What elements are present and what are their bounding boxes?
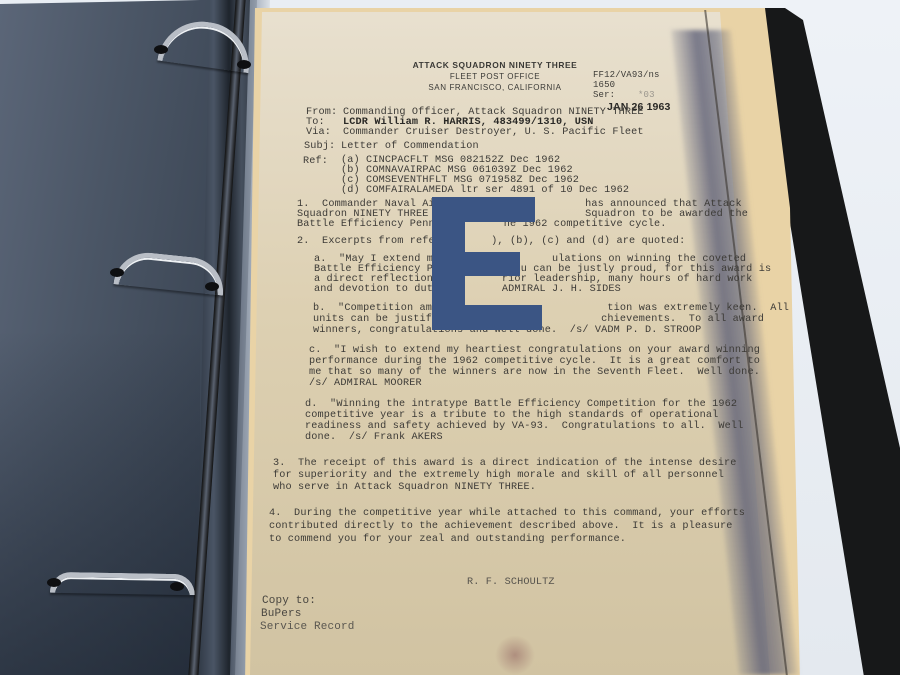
battle-efficiency-e-letter [432,197,542,330]
quote-c-line: /s/ ADMIRAL MOORER [309,378,422,389]
reference-item: (d) COMFAIRALAMEDA ltr ser 4891 of 10 De… [341,185,629,196]
quote-d-line: done. /s/ Frank AKERS [305,432,443,443]
quote-d-line: competitive year is a tribute to the hig… [305,410,718,421]
letterhead-city: SAN FRANCISCO, CALIFORNIA [395,83,595,92]
stain [495,635,535,675]
paragraph-4-line: contributed directly to the achievement … [269,521,733,532]
paragraph-4-line: 4. During the competitive year while att… [269,508,745,519]
quote-c-line: performance during the 1962 competitive … [309,356,760,367]
routing-via-value: Commander Cruiser Destroyer, U. S. Pacif… [343,127,644,138]
routing-via-label: Via: [306,127,331,138]
letterhead-unit: ATTACK SQUADRON NINETY THREE [395,60,595,70]
quote-b-line: b. "Competition among tion was extremely… [313,303,789,314]
subject-value: Letter of Commendation [341,141,479,152]
serial-value: *03 [638,90,655,100]
references-label: Ref: [303,156,328,167]
file-number: 1650 [593,80,615,90]
quote-c-line: c. "I wish to extend my heartiest congra… [309,345,760,356]
quote-d-line: readiness and safety achieved by VA-93. … [305,421,743,432]
copy-to-item: BuPers [261,608,302,620]
cover-shadow [0,330,200,675]
serial-label: Ser: [593,90,615,100]
paragraph-4-line: to commend you for your zeal and outstan… [269,534,626,545]
copy-to-item: Service Record [260,621,355,633]
signature-block: R. F. SCHOULTZ [467,577,555,588]
file-code: FF12/VA93/ns [593,70,660,80]
paragraph-3-line: who serve in Attack Squadron NINETY THRE… [273,482,536,493]
paragraph-3-line: for superiority and the extremely high m… [273,470,724,481]
subject-label: Subj: [304,141,335,152]
letterhead-office: FLEET POST OFFICE [395,72,595,81]
copy-to-label: Copy to: [262,595,316,607]
quote-d-line: d. "Winning the intratype Battle Efficie… [305,399,737,410]
quote-c-line: me that so many of the winners are now i… [309,367,760,378]
paragraph-3-line: 3. The receipt of this award is a direct… [273,458,737,469]
